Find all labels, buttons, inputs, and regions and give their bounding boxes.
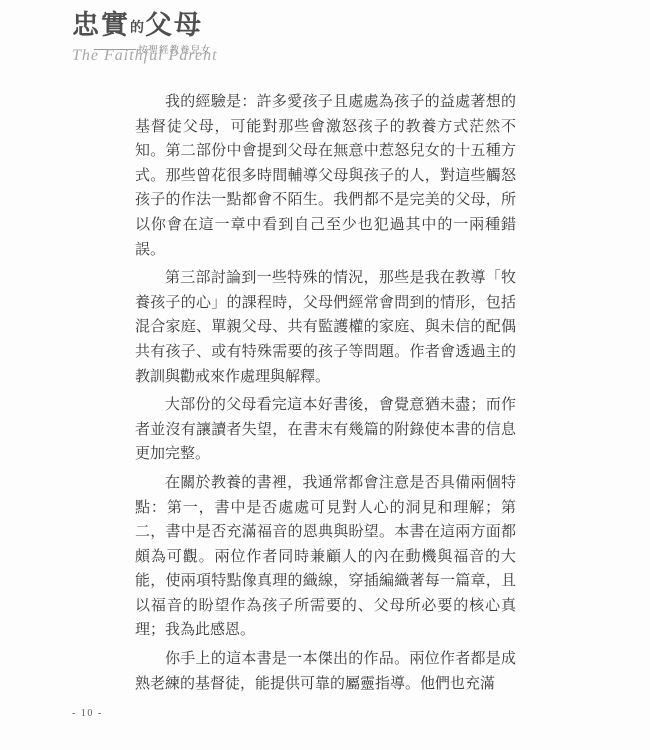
logo-title-part-1: 忠實 [72, 10, 130, 40]
paragraph: 第三部討論到一些特殊的情況，那些是我在教導「牧養孩子的心」的課程時，父母們經常會… [135, 266, 516, 389]
paragraph: 在關於教養的書裡，我通常都會注意是否具備兩個特點：第一，書中是否處處可見對人心的… [135, 471, 516, 643]
paragraph: 我的經驗是：許多愛孩子且處處為孩子的益處著想的基督徒父母，可能對那些會激怒孩子的… [135, 90, 516, 262]
book-page: 忠實的父母 按聖經教養兒女 The Faithful Parent 我的經驗是：… [0, 0, 650, 750]
page-number: - 10 - [72, 708, 103, 719]
page-body-text: 我的經驗是：許多愛孩子且處處為孩子的益處著想的基督徒父母，可能對那些會激怒孩子的… [135, 90, 516, 696]
book-logo: 忠實的父母 按聖經教養兒女 The Faithful Parent [72, 12, 292, 74]
logo-english-title: The Faithful Parent [72, 47, 218, 65]
paragraph: 大部份的父母看完這本好書後，會覺意猶未盡；而作者並沒有讓讀者失望，在書末有幾篇的… [135, 393, 516, 467]
logo-title: 忠實的父母 [72, 12, 292, 39]
logo-title-part-3: 父母 [145, 10, 203, 40]
logo-title-part-2: 的 [130, 21, 145, 36]
paragraph: 你手上的這本書是一本傑出的作品。兩位作者都是成熟老練的基督徒，能提供可靠的屬靈指… [135, 647, 516, 696]
